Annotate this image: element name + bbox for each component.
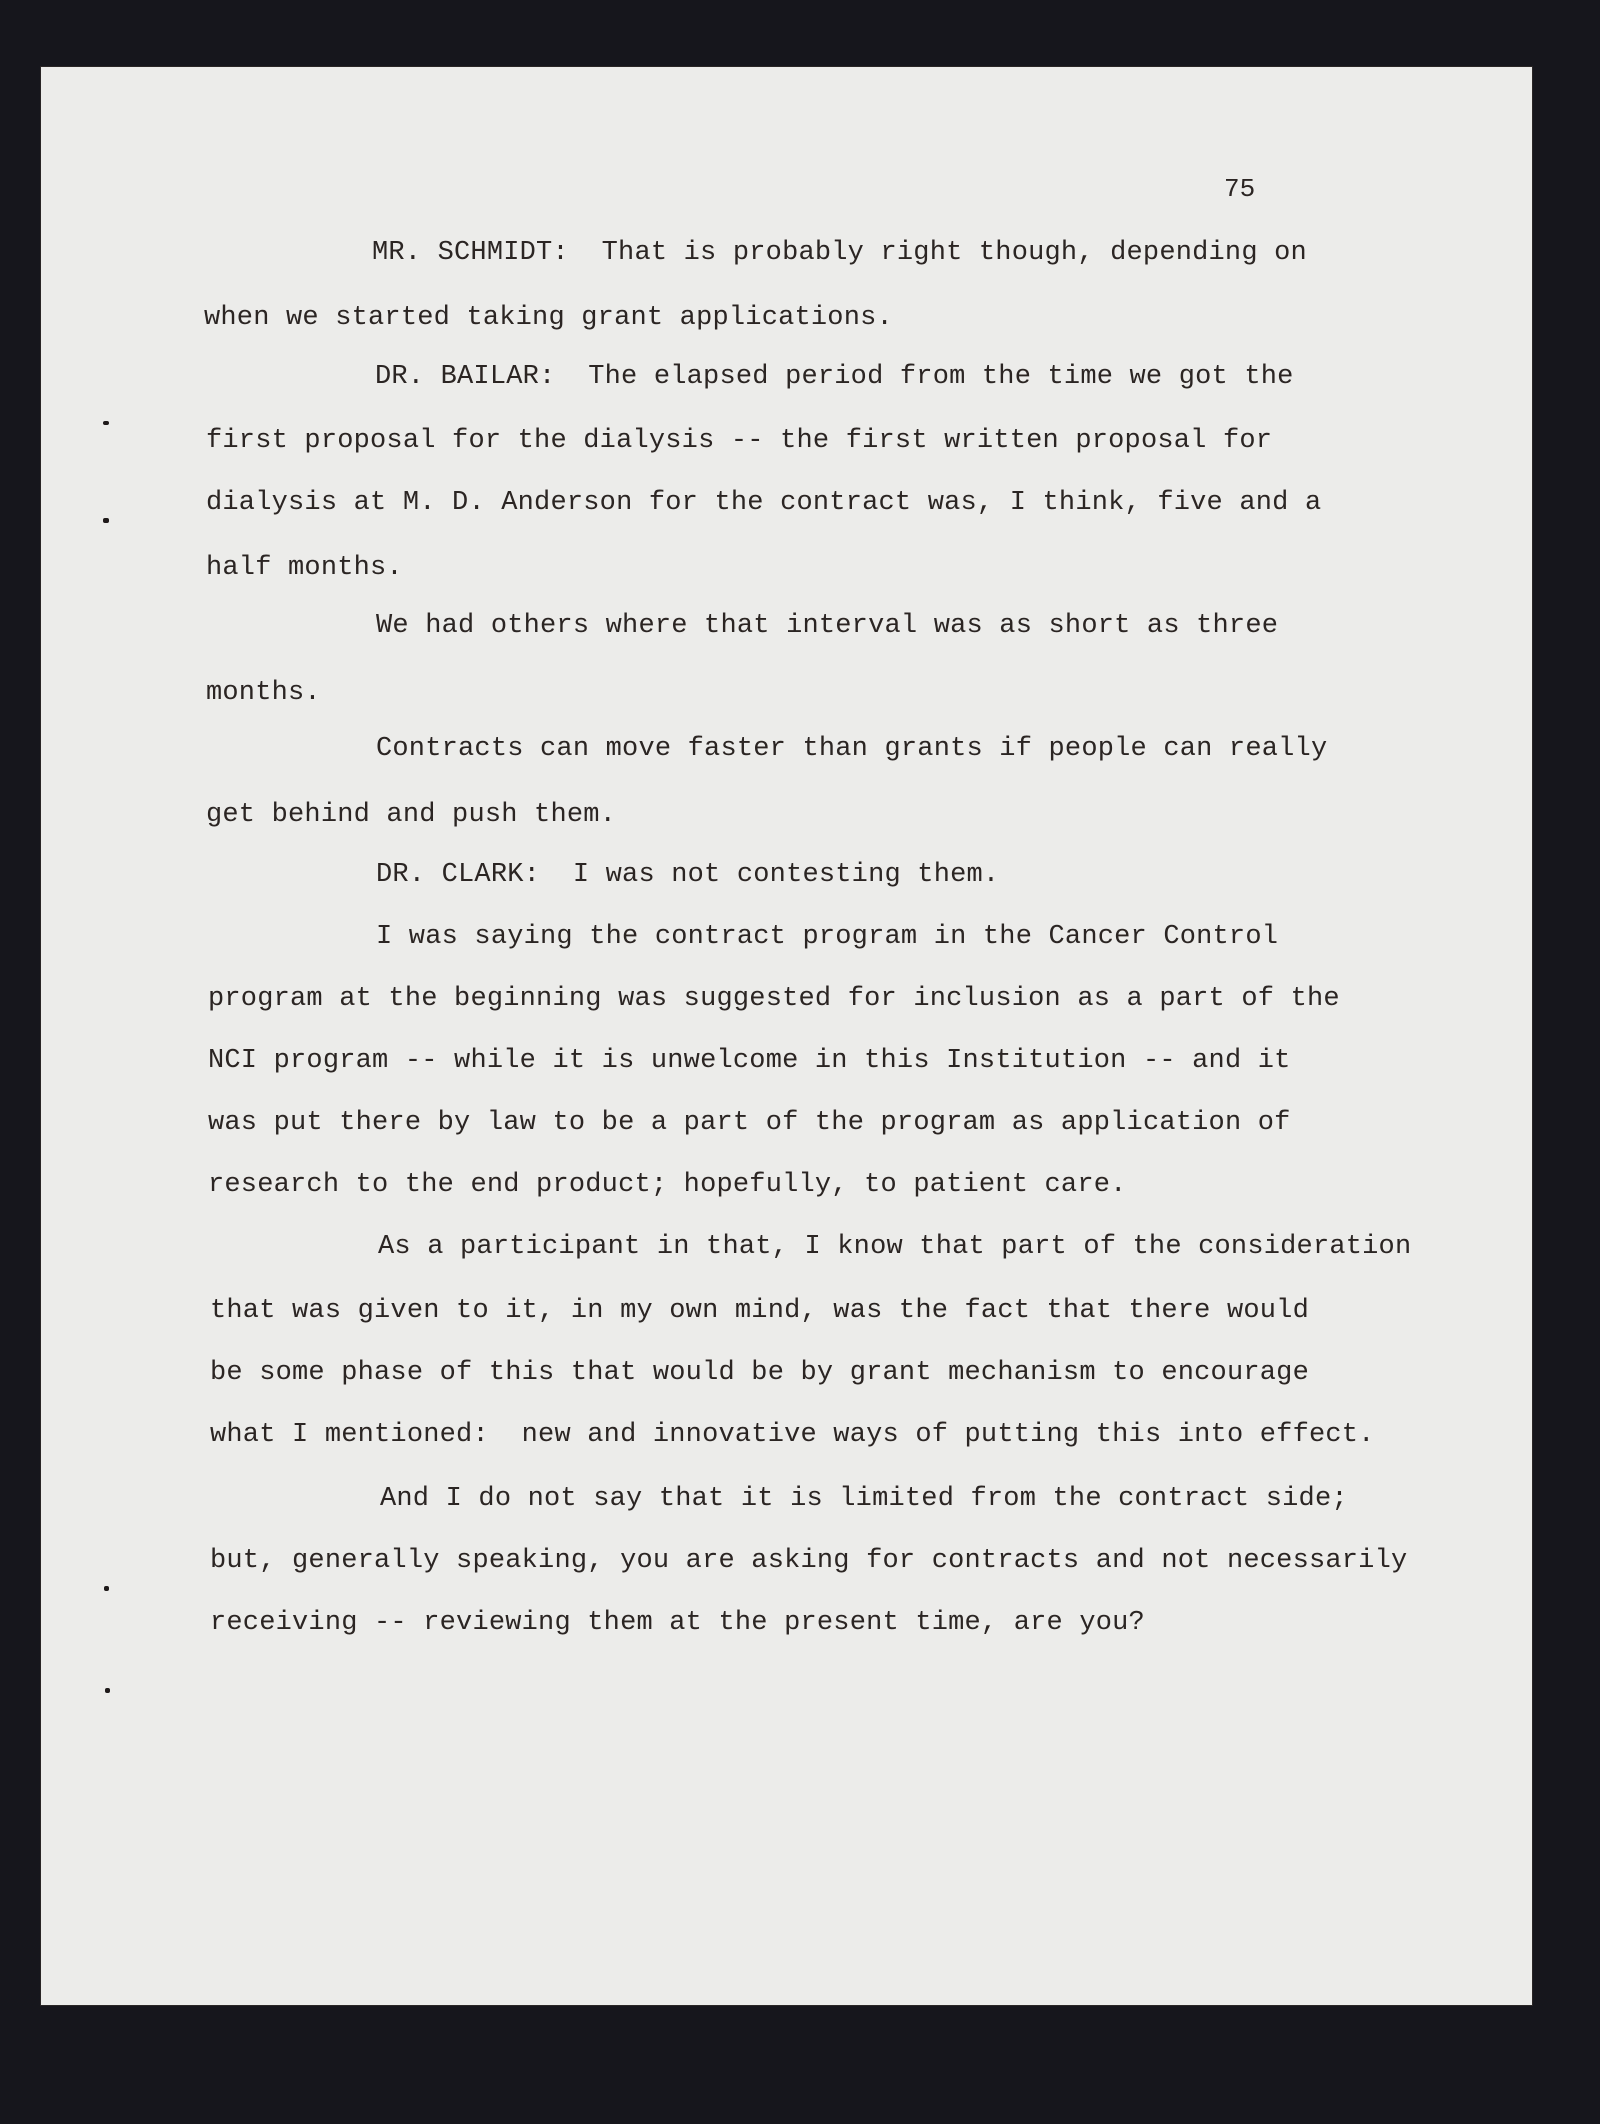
margin-mark (105, 1688, 110, 1693)
text-line: that was given to it, in my own mind, wa… (210, 1298, 1309, 1325)
text-line: dialysis at M. D. Anderson for the contr… (206, 490, 1321, 517)
text-line: when we started taking grant application… (204, 305, 893, 332)
text-line: We had others where that interval was as… (376, 613, 1278, 640)
text-line: be some phase of this that would be by g… (210, 1360, 1309, 1387)
document-page (41, 67, 1532, 2005)
text-line: DR. CLARK: I was not contesting them. (376, 862, 999, 889)
text-line: research to the end product; hopefully, … (208, 1172, 1127, 1199)
text-line: what I mentioned: new and innovative way… (210, 1422, 1375, 1449)
page-number: 75 (1224, 174, 1255, 204)
text-line: As a participant in that, I know that pa… (378, 1234, 1411, 1261)
text-line: first proposal for the dialysis -- the f… (206, 428, 1272, 455)
margin-mark (104, 1586, 109, 1591)
text-line: And I do not say that it is limited from… (380, 1486, 1348, 1513)
text-line: DR. BAILAR: The elapsed period from the … (375, 364, 1294, 391)
text-line: NCI program -- while it is unwelcome in … (208, 1048, 1291, 1075)
text-line: receiving -- reviewing them at the prese… (210, 1610, 1145, 1637)
text-line: program at the beginning was suggested f… (208, 986, 1340, 1013)
text-line: half months. (206, 555, 403, 582)
text-line: MR. SCHMIDT: That is probably right thou… (372, 240, 1307, 267)
text-line: but, generally speaking, you are asking … (210, 1548, 1407, 1575)
text-line: Contracts can move faster than grants if… (376, 736, 1327, 763)
margin-mark (103, 518, 109, 523)
margin-mark (103, 421, 109, 425)
text-line: I was saying the contract program in the… (376, 924, 1278, 951)
text-line: months. (206, 680, 321, 707)
text-line: was put there by law to be a part of the… (208, 1110, 1291, 1137)
text-line: get behind and push them. (206, 802, 616, 829)
